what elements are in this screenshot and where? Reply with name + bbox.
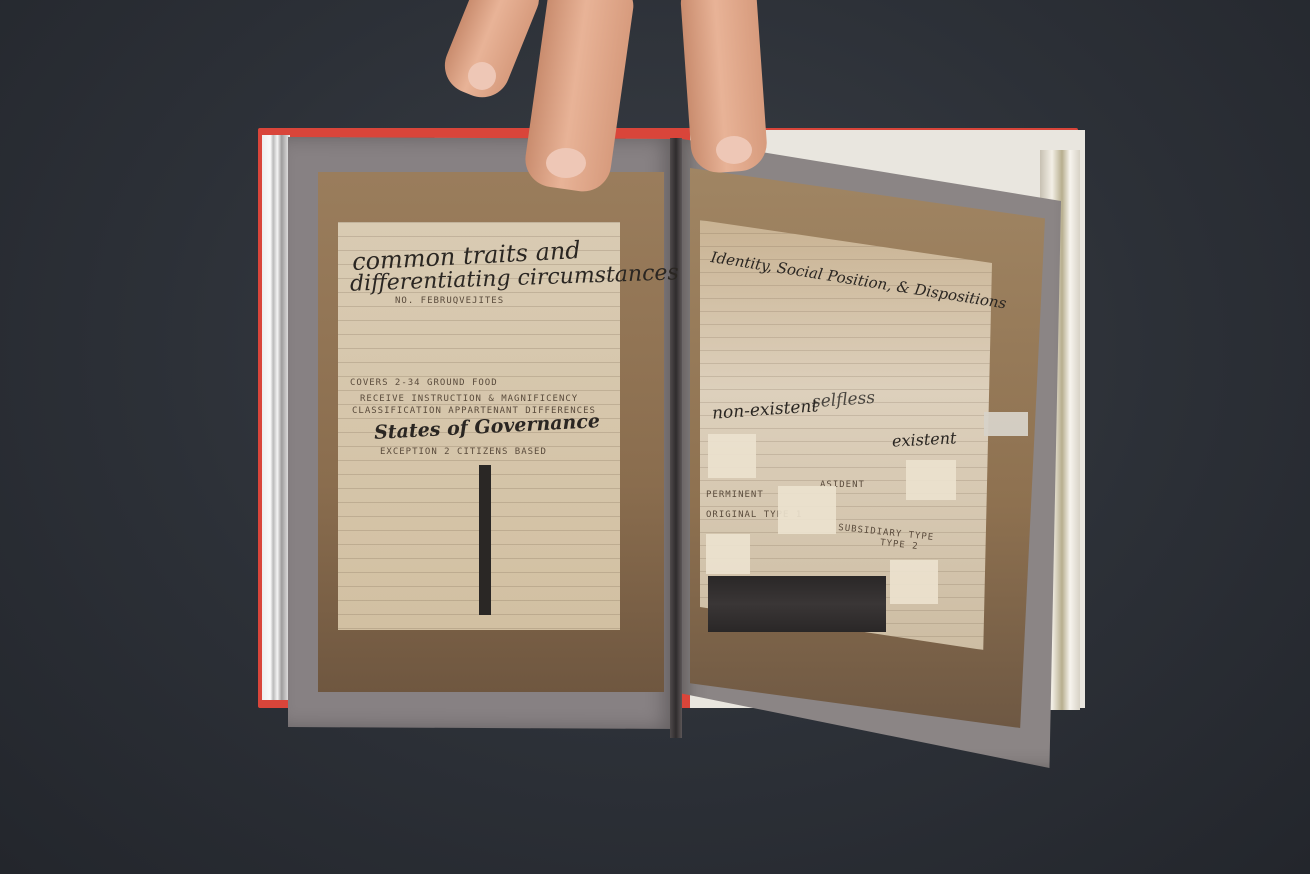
left-typed-text: EXCEPTION 2 CITIZENS BASED: [380, 447, 547, 457]
tape-patch: [778, 486, 836, 534]
right-handwriting-right: existent: [892, 430, 957, 449]
page-edges-left: [262, 135, 290, 700]
right-typed-text: PERMINENT: [706, 490, 764, 500]
tape-patch: [984, 412, 1028, 436]
redaction-block: [708, 576, 886, 632]
left-typed-text: RECEIVE INSTRUCTION & MAGNIFICENCY: [360, 394, 578, 404]
right-handwriting-center: selfless: [811, 390, 875, 411]
fingernail: [468, 62, 496, 90]
fingernail: [546, 148, 586, 178]
tape-patch: [708, 434, 756, 478]
tape-patch: [890, 560, 938, 604]
tape-patch: [906, 460, 956, 500]
finger-index: [436, 0, 545, 106]
left-typed-text: COVERS 2-34 GROUND FOOD: [350, 378, 498, 388]
fingernail: [716, 136, 752, 164]
tape-patch: [706, 534, 750, 574]
redaction-bar: [479, 465, 491, 615]
left-typed-text: NO. FEBRUQVEJITES: [395, 296, 504, 306]
book-gutter: [670, 138, 682, 738]
